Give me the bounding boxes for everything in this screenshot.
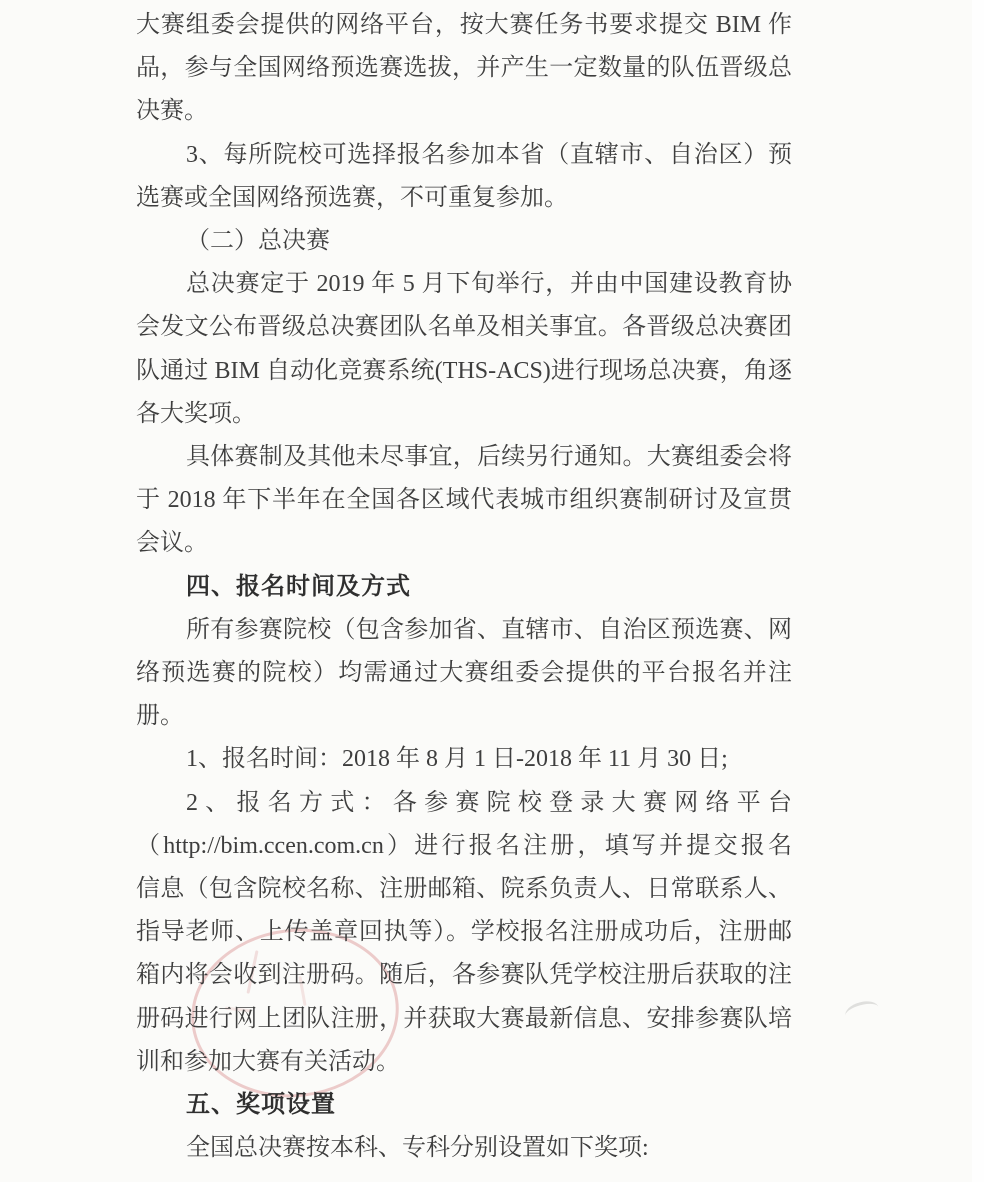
text-line: 队通过 BIM 自动化竞赛系统(THS-ACS)进行现场总决赛，角逐	[136, 350, 792, 393]
section-heading: 五、奖项设置	[136, 1084, 792, 1127]
text-line: 信息（包含院校名称、注册邮箱、院系负责人、日常联系人、	[136, 868, 792, 911]
text-line: 会发文公布晋级总决赛团队名单及相关事宜。各晋级总决赛团	[136, 306, 792, 349]
text-line: 指导老师、上传盖章回执等）。学校报名注册成功后，注册邮	[136, 911, 792, 954]
text-line: 2、报名方式：各参赛院校登录大赛网络平台	[136, 782, 792, 825]
text-line: 总决赛定于 2019 年 5 月下旬举行，并由中国建设教育协	[136, 263, 792, 306]
scan-smudge	[843, 998, 881, 1025]
text-line: （http://bim.ccen.com.cn）进行报名注册，填写并提交报名	[136, 825, 792, 868]
text-line: 大赛组委会提供的网络平台，按大赛任务书要求提交 BIM 作	[136, 4, 792, 47]
text-line: 1、报名时间：2018 年 8 月 1 日-2018 年 11 月 30 日;	[136, 738, 792, 781]
text-line: 册。	[136, 695, 792, 738]
document-text-block: 大赛组委会提供的网络平台，按大赛任务书要求提交 BIM 作品，参与全国网络预选赛…	[136, 4, 792, 1170]
text-line: 品，参与全国网络预选赛选拔，并产生一定数量的队伍晋级总	[136, 47, 792, 90]
scan-edge-strip	[972, 0, 984, 1182]
text-line: 册码进行网上团队注册，并获取大赛最新信息、安排参赛队培	[136, 998, 792, 1041]
text-line: 箱内将会收到注册码。随后，各参赛队凭学校注册后获取的注	[136, 954, 792, 997]
text-line: 各大奖项。	[136, 393, 792, 436]
text-line: 于 2018 年下半年在全国各区域代表城市组织赛制研讨及宣贯	[136, 479, 792, 522]
text-line: 全国总决赛按本科、专科分别设置如下奖项:	[136, 1127, 792, 1170]
text-line: 选赛或全国网络预选赛，不可重复参加。	[136, 177, 792, 220]
scanned-document-page: 大赛组委会提供的网络平台，按大赛任务书要求提交 BIM 作品，参与全国网络预选赛…	[0, 0, 984, 1182]
text-line: （二）总决赛	[136, 220, 792, 263]
text-line: 会议。	[136, 522, 792, 565]
text-line: 络预选赛的院校）均需通过大赛组委会提供的平台报名并注	[136, 652, 792, 695]
section-heading: 四、报名时间及方式	[136, 566, 792, 609]
text-line: 3、每所院校可选择报名参加本省（直辖市、自治区）预	[136, 134, 792, 177]
text-line: 训和参加大赛有关活动。	[136, 1041, 792, 1084]
text-line: 所有参赛院校（包含参加省、直辖市、自治区预选赛、网	[136, 609, 792, 652]
text-line: 具体赛制及其他未尽事宜，后续另行通知。大赛组委会将	[136, 436, 792, 479]
text-line: 决赛。	[136, 90, 792, 133]
